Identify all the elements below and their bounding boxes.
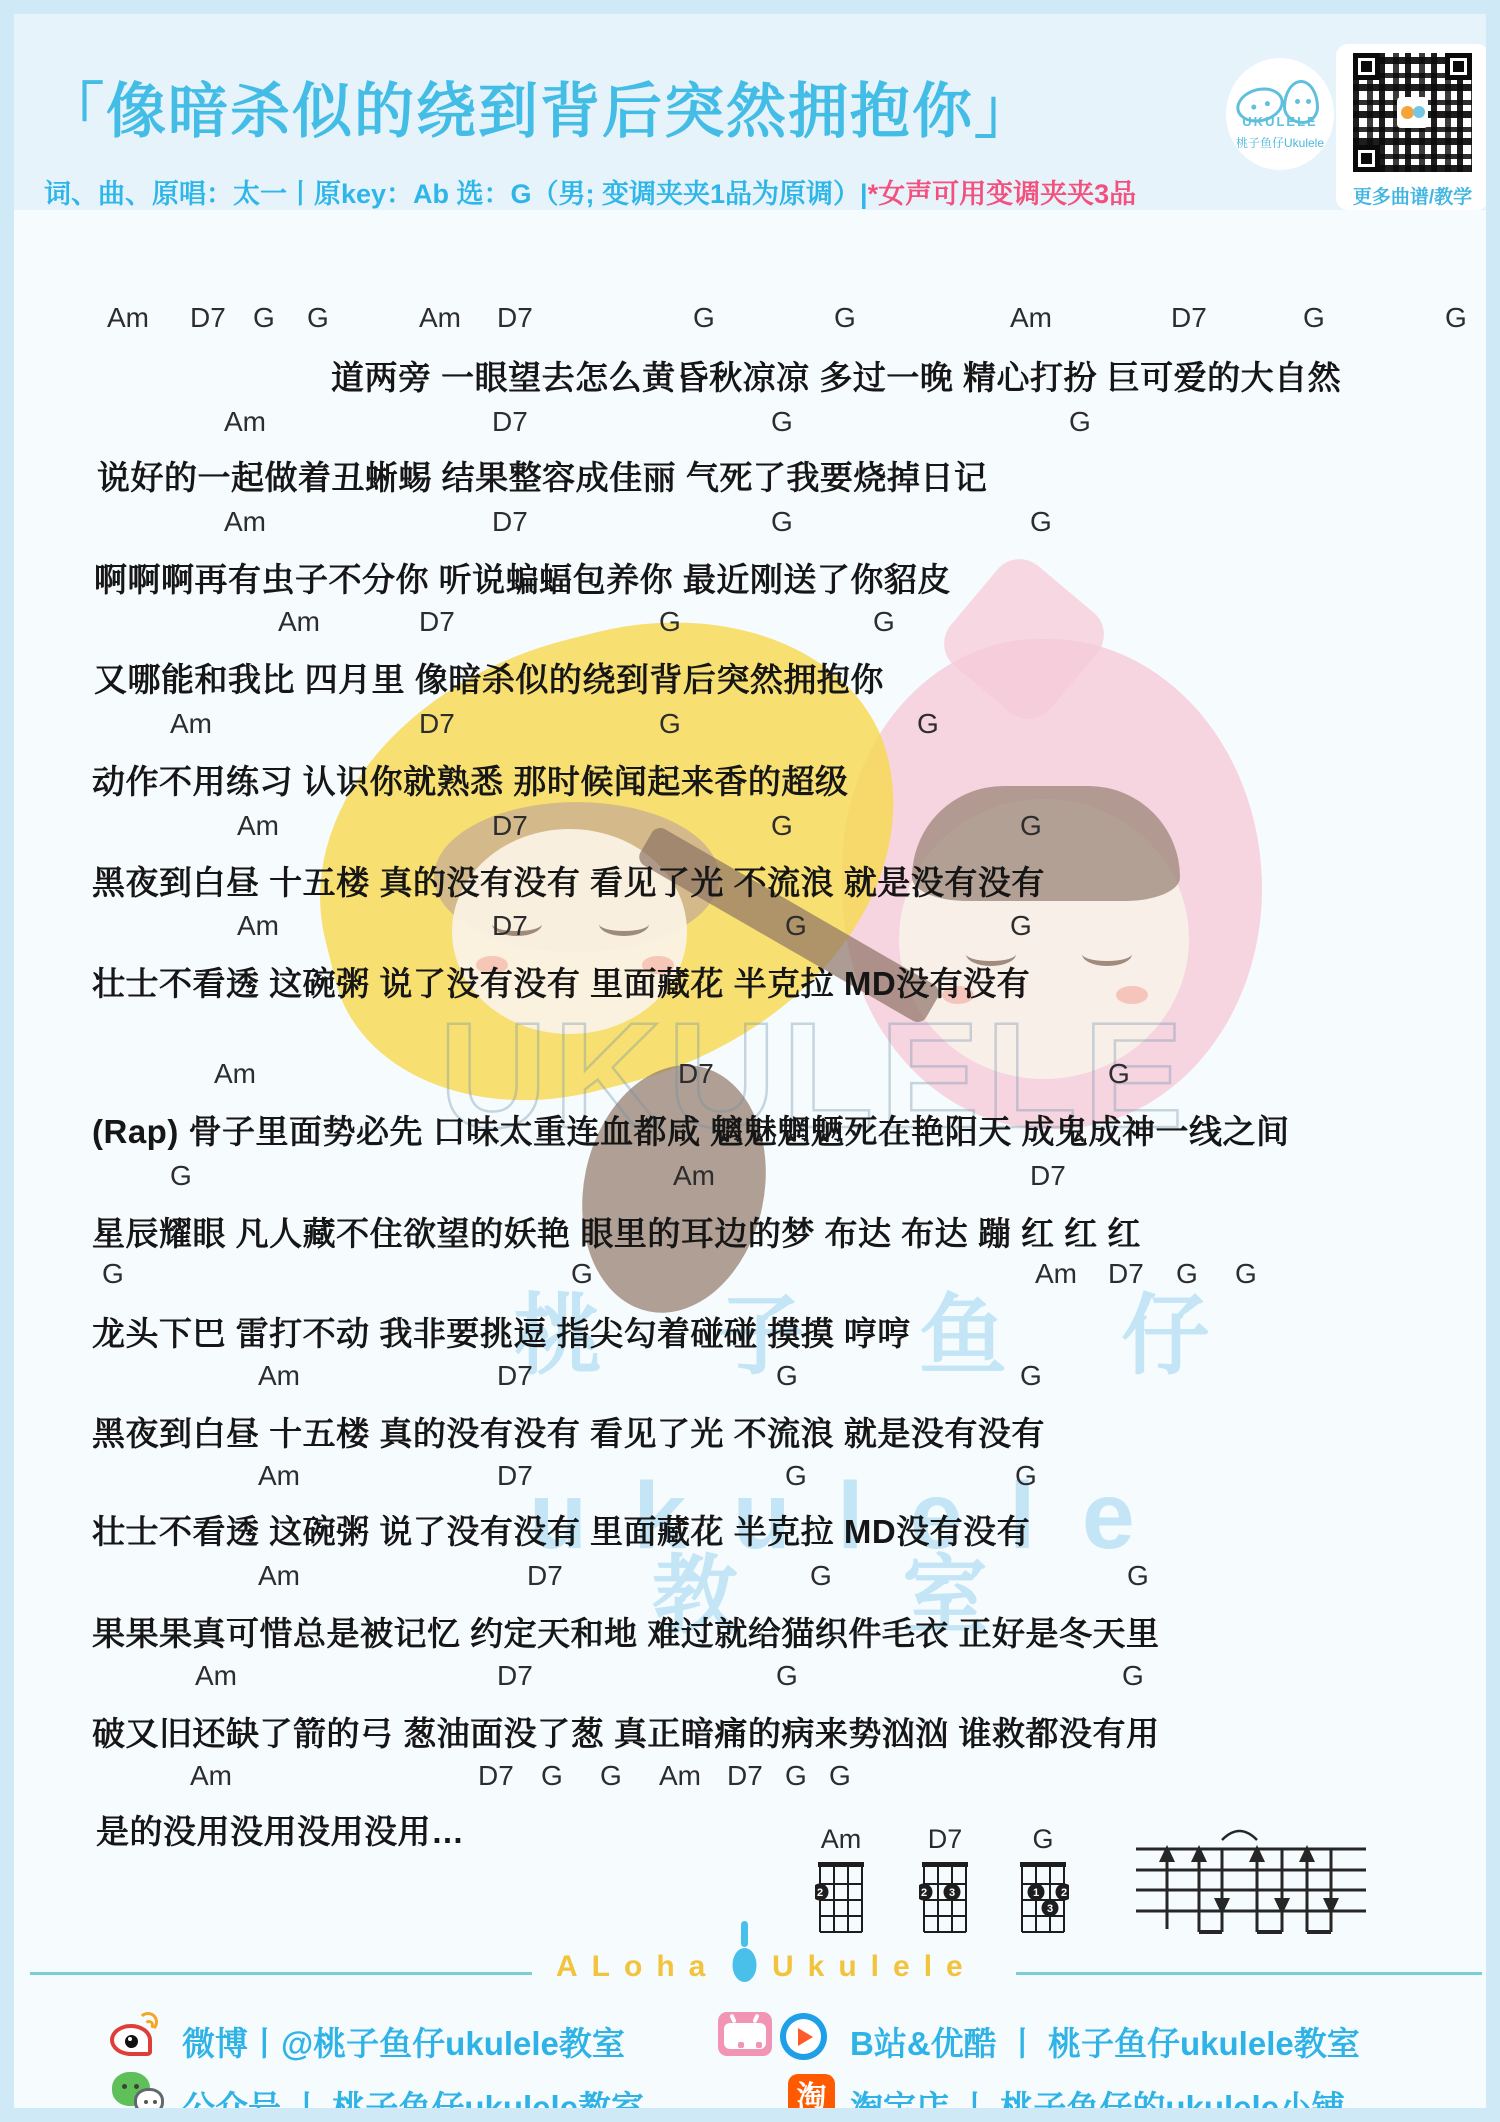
- qr-code-panel: 更多曲谱/教学: [1336, 44, 1489, 210]
- chord-label: Am: [107, 302, 149, 334]
- wechat-account-link[interactable]: 公众号 丨 桃子鱼仔ukulele教室: [182, 2082, 644, 2122]
- chord-diagram-Am: Am2: [814, 1824, 868, 1942]
- chord-label: Am: [190, 1760, 232, 1792]
- chord-label: D7: [492, 810, 528, 842]
- qr-finder-icon: [1353, 145, 1380, 172]
- svg-text:3: 3: [949, 1887, 955, 1899]
- chord-label: Am: [214, 1058, 256, 1090]
- chord-label: D7: [678, 1058, 714, 1090]
- chord-label: G: [829, 1760, 851, 1792]
- lyric-line: 说好的一起做着丑蜥蜴 结果整容成佳丽 气死了我要烧掉日记: [97, 452, 987, 499]
- lyric-line: 星辰耀眼 凡人藏不住欲望的妖艳 眼里的耳边的梦 布达 布达 蹦 红 红 红: [92, 1208, 1141, 1255]
- lyric-line: 道两旁 一眼望去怎么黄昏秋凉凉 多过一晚 精心打扮 巨可爱的大自然: [331, 352, 1341, 399]
- chord-diagram-label: D7: [918, 1824, 972, 1855]
- logo-caption: 桃子鱼仔Ukulele: [1226, 134, 1334, 151]
- chord-label: G: [1127, 1560, 1149, 1592]
- qr-center-logo: [1397, 97, 1428, 128]
- chord-label: G: [600, 1760, 622, 1792]
- lyric-line: 壮士不看透 这碗粥 说了没有没有 里面藏花 半克拉 MD没有没有: [92, 958, 1030, 1005]
- chord-label: Am: [1035, 1258, 1077, 1290]
- chord-label: G: [771, 406, 793, 438]
- chord-label: D7: [419, 606, 455, 638]
- svg-text:2: 2: [921, 1887, 927, 1899]
- qr-finder-icon: [1353, 53, 1380, 80]
- weibo-account-link[interactable]: 微博丨@桃子鱼仔ukulele教室: [182, 2018, 625, 2065]
- chord-label: Am: [170, 708, 212, 740]
- divider-line: [30, 1972, 532, 1975]
- chord-label: G: [834, 302, 856, 334]
- fretboard-grid: 123: [1017, 1857, 1069, 1937]
- fretboard-grid: 2: [815, 1857, 867, 1937]
- ukulele-icon: [730, 1920, 758, 1984]
- chord-label: G: [1176, 1258, 1198, 1290]
- chord-label: D7: [527, 1560, 563, 1592]
- chord-label: G: [1030, 506, 1052, 538]
- lyric-line: 是的没用没用没用没用…: [96, 1806, 465, 1853]
- weibo-icon: [110, 2012, 162, 2058]
- chord-label: G: [1020, 1360, 1042, 1392]
- chord-diagram-label: Am: [814, 1824, 868, 1855]
- chord-label: G: [873, 606, 895, 638]
- chord-label: D7: [497, 302, 533, 334]
- wechat-icon: [112, 2072, 168, 2122]
- chord-label: G: [917, 708, 939, 740]
- chord-label: G: [1445, 302, 1467, 334]
- chord-diagram-label: G: [1016, 1824, 1070, 1855]
- chord-label: Am: [673, 1160, 715, 1192]
- chord-label: G: [307, 302, 329, 334]
- chord-label: D7: [419, 708, 455, 740]
- chord-label: G: [810, 1560, 832, 1592]
- chord-label: Am: [278, 606, 320, 638]
- chord-label: G: [771, 506, 793, 538]
- lyric-line: (Rap) 骨子里面势必先 口味太重连血都咸 魑魅魍魉死在艳阳天 成鬼成神一线之…: [92, 1106, 1290, 1153]
- chord-label: G: [571, 1258, 593, 1290]
- qr-finder-icon: [1445, 53, 1472, 80]
- strumming-pattern-diagram: [1132, 1826, 1382, 1944]
- lyric-line: 破又旧还缺了箭的弓 葱油面没了葱 真正暗痛的病来势汹汹 谁救都没有用: [92, 1708, 1160, 1755]
- qr-caption: 更多曲谱/教学: [1336, 182, 1489, 209]
- aloha-text: ALoha: [556, 1950, 719, 1984]
- credits-note: *女声可用变调夹夹3品: [868, 179, 1137, 209]
- lyric-line: 动作不用练习 认识你就熟悉 那时候闻起来香的超级: [92, 756, 848, 803]
- fretboard-grid: 23: [919, 1857, 971, 1937]
- svg-text:3: 3: [1047, 1903, 1053, 1915]
- chord-label: D7: [190, 302, 226, 334]
- chord-label: Am: [258, 1460, 300, 1492]
- chord-label: G: [1235, 1258, 1257, 1290]
- chord-label: G: [776, 1660, 798, 1692]
- chord-diagram-D7: D723: [918, 1824, 972, 1942]
- chord-label: G: [1010, 910, 1032, 942]
- chord-label: D7: [497, 1660, 533, 1692]
- chord-label: G: [1303, 302, 1325, 334]
- lyric-line: 果果果真可惜总是被记忆 约定天和地 难过就给猫织件毛衣 正好是冬天里: [92, 1608, 1160, 1655]
- chord-label: D7: [497, 1360, 533, 1392]
- lyric-line: 啊啊啊再有虫子不分你 听说蝙蝠包养你 最近刚送了你貂皮: [94, 554, 951, 601]
- chord-label: Am: [224, 506, 266, 538]
- chord-label: D7: [727, 1760, 763, 1792]
- lyric-line: 黑夜到白昼 十五楼 真的没有没有 看见了光 不流浪 就是没有没有: [92, 1408, 1045, 1455]
- chord-label: D7: [1108, 1258, 1144, 1290]
- chord-label: D7: [1171, 302, 1207, 334]
- lyric-line: 黑夜到白昼 十五楼 真的没有没有 看见了光 不流浪 就是没有没有: [92, 857, 1045, 904]
- divider-line: [1016, 1972, 1482, 1975]
- chord-label: G: [253, 302, 275, 334]
- chord-label: Am: [195, 1660, 237, 1692]
- chord-label: Am: [258, 1560, 300, 1592]
- chord-label: G: [771, 810, 793, 842]
- chord-label: G: [693, 302, 715, 334]
- chord-label: Am: [258, 1360, 300, 1392]
- chord-label: G: [659, 606, 681, 638]
- chord-label: G: [1020, 810, 1042, 842]
- lyric-line: 龙头下巴 雷打不动 我非要挑逗 指尖勾着碰碰 摸摸 哼哼: [92, 1308, 911, 1355]
- video-channel-link[interactable]: B站&优酷 丨 桃子鱼仔ukulele教室: [850, 2018, 1360, 2065]
- chord-label: Am: [224, 406, 266, 438]
- chord-label: Am: [659, 1760, 701, 1792]
- chord-sheet: AmD7GGAmD7GGAmD7GG道两旁 一眼望去怎么黄昏秋凉凉 多过一晚 精…: [14, 14, 1486, 2108]
- svg-text:2: 2: [1061, 1887, 1067, 1899]
- credits-main: 词、曲、原唱：太一丨原key：Ab 选：G（男; 变调夹夹1品为原调）|: [44, 179, 868, 209]
- chord-label: D7: [497, 1460, 533, 1492]
- chord-label: Am: [237, 810, 279, 842]
- qr-code: [1353, 53, 1472, 172]
- chord-label: D7: [492, 406, 528, 438]
- chord-label: G: [1108, 1058, 1130, 1090]
- chord-diagram-G: G123: [1016, 1824, 1070, 1942]
- chord-label: D7: [478, 1760, 514, 1792]
- song-credits: 词、曲、原唱：太一丨原key：Ab 选：G（男; 变调夹夹1品为原调）|*女声可…: [44, 172, 1136, 211]
- chord-label: D7: [1030, 1160, 1066, 1192]
- chord-label: Am: [237, 910, 279, 942]
- bilibili-icon: [718, 2012, 772, 2056]
- taobao-icon: 淘: [788, 2074, 835, 2121]
- chord-label: G: [102, 1258, 124, 1290]
- chord-label: G: [776, 1360, 798, 1392]
- chord-label: G: [785, 910, 807, 942]
- logo-word: UKULELE: [1226, 114, 1334, 129]
- aloha-text: Ukulele: [772, 1950, 977, 1984]
- chord-label: G: [659, 708, 681, 740]
- chord-label: Am: [1010, 302, 1052, 334]
- song-title: 「像暗杀似的绕到背后突然拥抱你」: [44, 64, 1036, 150]
- chord-sheet-page: UKULELE 桃 子 鱼 仔 u k u l e l e 教 室 「像暗杀似的…: [0, 0, 1500, 2122]
- chord-label: G: [785, 1460, 807, 1492]
- svg-text:2: 2: [817, 1887, 823, 1899]
- chord-label: G: [1069, 406, 1091, 438]
- chord-label: Am: [419, 302, 461, 334]
- chord-label: D7: [492, 910, 528, 942]
- chord-label: G: [170, 1160, 192, 1192]
- taobao-shop-link[interactable]: 淘宝店 丨 桃子鱼仔的ukulele小铺: [850, 2082, 1345, 2122]
- chord-label: D7: [492, 506, 528, 538]
- chord-label: G: [541, 1760, 563, 1792]
- youku-icon: [780, 2013, 827, 2060]
- chord-label: G: [1122, 1660, 1144, 1692]
- chord-label: G: [1015, 1460, 1037, 1492]
- svg-text:1: 1: [1033, 1887, 1039, 1899]
- chord-label: G: [785, 1760, 807, 1792]
- lyric-line: 壮士不看透 这碗粥 说了没有没有 里面藏花 半克拉 MD没有没有: [92, 1506, 1030, 1553]
- studio-logo: UKULELE 桃子鱼仔Ukulele: [1226, 58, 1334, 170]
- lyric-line: 又哪能和我比 四月里 像暗杀似的绕到背后突然拥抱你: [94, 654, 884, 701]
